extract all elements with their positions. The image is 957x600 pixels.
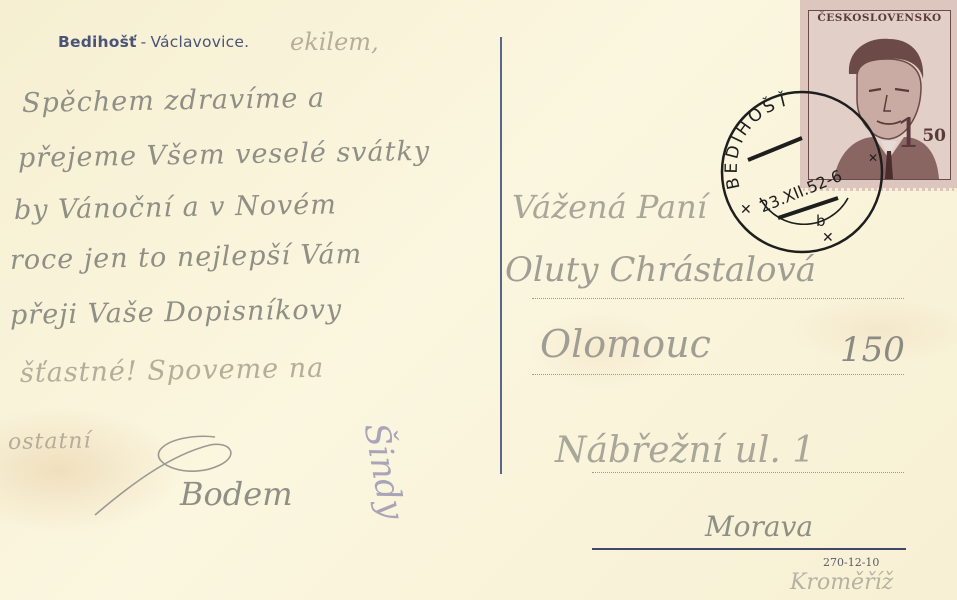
postcard-back: Bedihošť-Václavovice. ekilem, Spěchem zd… — [0, 0, 957, 600]
pencil-bottom-note: Kroměříž — [790, 570, 893, 595]
message-line: ostatní — [8, 429, 92, 455]
postmark-town: BEDIHOŠŤ — [722, 88, 793, 191]
dedication-text: ekilem, — [290, 28, 379, 56]
svg-text:BEDIHOŠŤ: BEDIHOŠŤ — [722, 88, 793, 191]
message-line: přejeme Všem veselé svátky — [18, 136, 431, 174]
stamp-country: ČESKOSLOVENSKO — [809, 12, 950, 24]
stamp-value: 150 — [896, 111, 946, 157]
address-line: Olomouc — [540, 322, 711, 366]
address-dotted-line — [532, 298, 904, 299]
address-dotted-line — [592, 472, 904, 473]
address-dotted-line — [532, 374, 904, 375]
postmark-suffix: b — [816, 212, 826, 230]
address-line: Morava — [705, 510, 813, 543]
address-line: Vážená Paní — [512, 188, 707, 226]
message-line: přeji Vaše Dopisníkovy — [10, 294, 343, 331]
header-separator: - — [141, 33, 147, 51]
message-line: by Vánoční a v Novém — [14, 189, 337, 226]
pencil-note: Šindy — [356, 420, 412, 523]
postmark-cancellation: BEDIHOŠŤ 23.XII.52-6 b ✕ ✕ ✕ — [718, 88, 886, 256]
header-subtitle: Václavovice. — [150, 33, 249, 51]
signature-flourish — [90, 425, 240, 525]
print-code: 270-12-10 — [823, 556, 879, 569]
address-line: Oluty Chrástalová — [505, 250, 816, 290]
message-line: šťastné! Spoveme na — [20, 353, 325, 389]
postmark-star-icon: ✕ — [822, 230, 834, 246]
header-place: Bedihošť — [58, 33, 137, 51]
message-line: Spěchem zdravíme a — [22, 83, 326, 119]
printed-header: Bedihošť-Václavovice. — [58, 33, 249, 51]
bottom-rule — [592, 548, 906, 550]
address-line: Nábřežní ul. 1 — [555, 430, 815, 471]
message-line: roce jen to nejlepší Vám — [10, 239, 363, 276]
center-divider — [500, 37, 502, 474]
postmark-star-icon: ✕ — [868, 151, 878, 165]
postmark-star-icon: ✕ — [740, 202, 752, 218]
postal-code: 150 — [840, 330, 905, 370]
